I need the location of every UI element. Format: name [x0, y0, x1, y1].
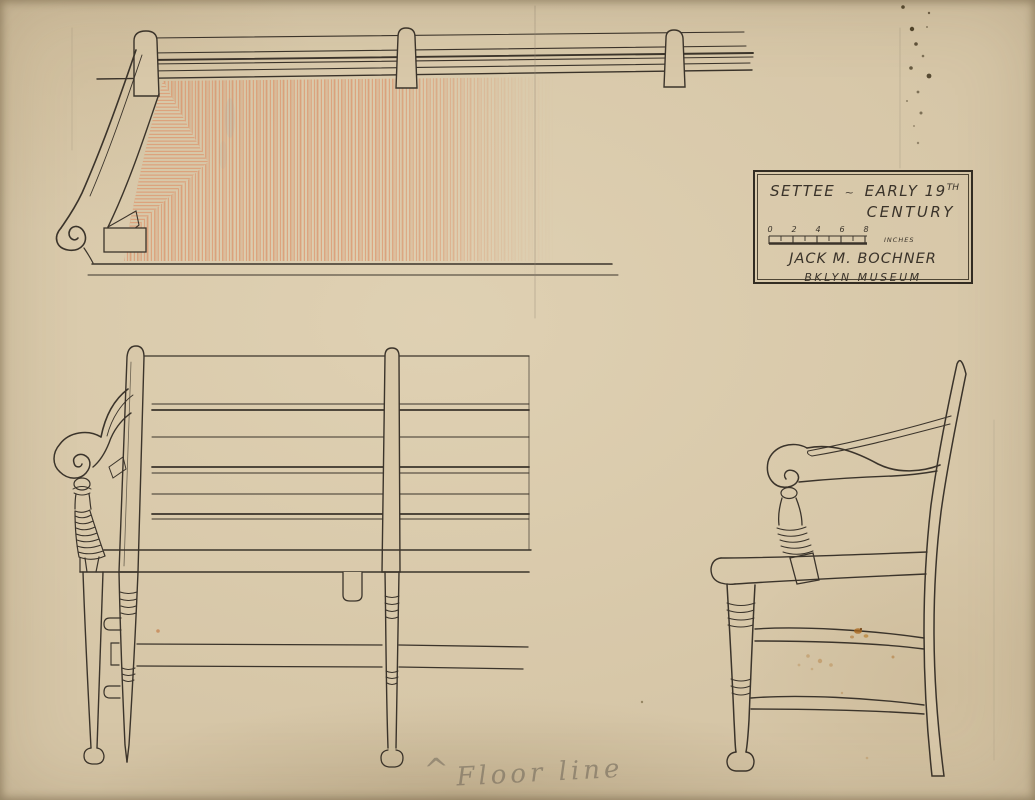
side-stretchers [751, 628, 924, 714]
ink-specks [901, 5, 931, 144]
title-block-inner-border: SETTEE ~ EARLY 19TH CENTURY 0 2 4 6 8 IN… [757, 174, 969, 280]
title-row: SETTEE ~ EARLY 19TH [770, 182, 959, 200]
front-post-left [119, 346, 144, 572]
scale-unit-label: INCHES [884, 236, 914, 244]
svg-text:4: 4 [815, 225, 820, 234]
svg-text:2: 2 [791, 225, 796, 234]
svg-text:8: 8 [863, 225, 868, 234]
object-name: SETTEE [770, 182, 835, 200]
plan-corner-block [104, 228, 146, 252]
plan-post-middle [396, 28, 417, 88]
svg-text:6: 6 [839, 225, 844, 234]
front-elevation [54, 346, 531, 767]
side-back-post [924, 361, 966, 776]
title-separator: ~ [845, 186, 856, 199]
side-arm-scroll [767, 444, 807, 487]
front-seat-rail [80, 550, 531, 572]
svg-text:0: 0 [767, 225, 772, 234]
blue-smudge [225, 98, 235, 138]
institution-name: BKLYN MUSEUM [758, 271, 968, 284]
artist-name: JACK M. BOCHNER [758, 251, 968, 267]
scale-ruler: 0 2 4 6 8 [766, 223, 878, 249]
plan-post-right [664, 30, 685, 87]
side-seat [711, 552, 927, 584]
drawing-sheet: SETTEE ~ EARLY 19TH CENTURY 0 2 4 6 8 IN… [0, 0, 1035, 800]
side-elevation [711, 361, 994, 776]
rush-seat-hatching [124, 77, 553, 261]
side-slat-edge [808, 416, 952, 456]
era-label: EARLY 19TH [865, 182, 959, 200]
plan-back-rails [97, 32, 753, 79]
floor-line-arrow: ^ [423, 756, 450, 794]
front-pendant-drop [343, 572, 362, 601]
front-back-slats [135, 356, 529, 550]
front-arm-scroll [54, 433, 101, 479]
front-post-middle [382, 348, 400, 572]
plan-arm-scroll [57, 226, 86, 250]
era-label-line2: CENTURY [867, 203, 955, 221]
furniture-drawing [0, 0, 1035, 800]
title-block: SETTEE ~ EARLY 19TH CENTURY 0 2 4 6 8 IN… [753, 170, 973, 284]
front-middle-leg [381, 572, 403, 767]
scale-bar: 0 2 4 6 8 INCHES [766, 223, 914, 249]
front-left-leg [83, 572, 104, 764]
plan-post-left [134, 31, 159, 96]
side-arm-assembly [767, 444, 940, 584]
front-stretcher [111, 643, 528, 669]
side-front-leg [727, 584, 755, 771]
back-left-leg [104, 572, 138, 762]
